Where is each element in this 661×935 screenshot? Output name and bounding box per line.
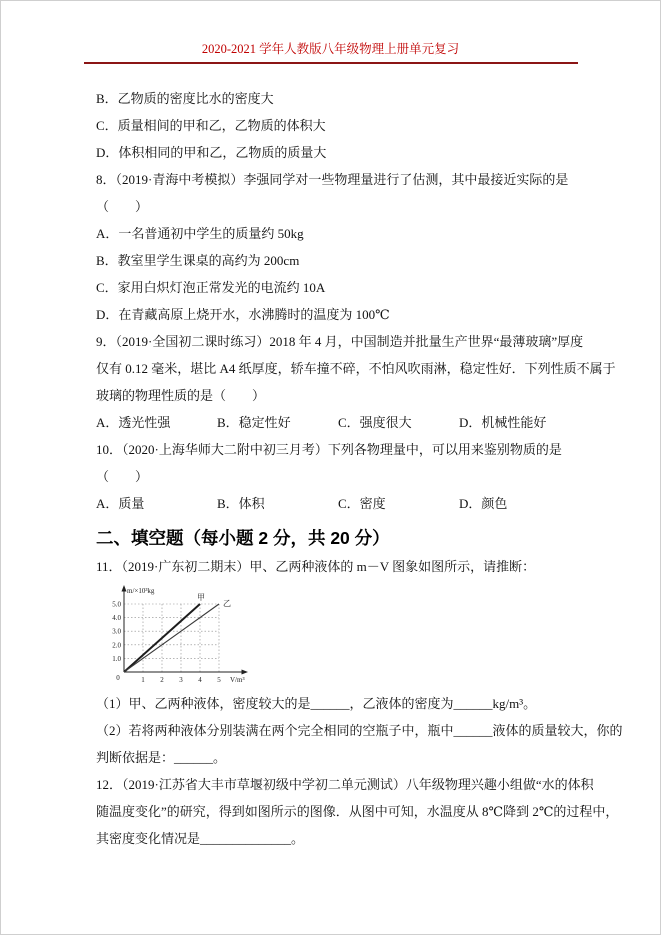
q9-stem-line1: 9．（2019·全国初二课时练习）2018 年 4 月，中国制造并批量生产世界“… xyxy=(96,328,580,355)
svg-text:乙: 乙 xyxy=(223,599,231,608)
q8-option-a: A．一名普通初中学生的质量约 50kg xyxy=(96,220,580,247)
document-body: B．乙物质的密度比水的密度大 C．质量相间的甲和乙，乙物质的体积大 D．体积相同… xyxy=(1,64,660,852)
svg-text:3: 3 xyxy=(179,676,183,684)
q9-option-c: C．强度很大 xyxy=(338,409,459,436)
svg-text:甲: 甲 xyxy=(197,593,205,602)
svg-text:4.0: 4.0 xyxy=(112,614,121,622)
q12-line3: 其密度变化情况是______________。 xyxy=(96,825,580,852)
svg-text:4: 4 xyxy=(198,676,202,684)
document-page: 2020-2021 学年人教版八年级物理上册单元复习 B．乙物质的密度比水的密度… xyxy=(0,0,661,935)
q10-option-c: C．密度 xyxy=(338,490,459,517)
q10-answer-paren: （ ） xyxy=(96,463,580,490)
svg-text:0: 0 xyxy=(116,674,120,682)
svg-text:5.0: 5.0 xyxy=(112,601,121,609)
q12-line2: 随温度变化”的研究，得到如图所示的图像．从图中可知，水温度从 8℃降到 2℃的过… xyxy=(96,798,580,825)
q8-option-b: B．教室里学生课桌的高约为 200cm xyxy=(96,247,580,274)
mv-chart: 123451.02.03.04.05.00m/×10³kgV/m³甲乙 xyxy=(98,582,258,688)
q7-option-c: C．质量相间的甲和乙，乙物质的体积大 xyxy=(96,112,580,139)
section-heading-fill-in: 二、填空题（每小题 2 分，共 20 分） xyxy=(96,523,580,553)
svg-text:3.0: 3.0 xyxy=(112,628,121,636)
mv-graph-figure: 123451.02.03.04.05.00m/×10³kgV/m³甲乙 xyxy=(98,582,580,688)
svg-text:2: 2 xyxy=(160,676,164,684)
q11-sub2-line2: 判断依据是：______。 xyxy=(96,744,580,771)
q10-stem: 10．（2020·上海华师大二附中初三月考）下列各物理量中，可以用来鉴别物质的是 xyxy=(96,436,580,463)
svg-text:V/m³: V/m³ xyxy=(230,676,245,684)
q10-options-row: A．质量 B．体积 C．密度 D．颜色 xyxy=(96,490,580,517)
q8-option-d: D．在青藏高原上烧开水，水沸腾时的温度为 100℃ xyxy=(96,301,580,328)
q8-answer-paren: （ ） xyxy=(96,193,580,220)
header-title: 2020-2021 学年人教版八年级物理上册单元复习 xyxy=(1,41,660,58)
q10-option-b: B．体积 xyxy=(217,490,338,517)
q8-option-c: C．家用白炽灯泡正常发光的电流约 10A xyxy=(96,274,580,301)
q10-option-a: A．质量 xyxy=(96,490,217,517)
svg-text:1: 1 xyxy=(141,676,145,684)
document-header: 2020-2021 学年人教版八年级物理上册单元复习 xyxy=(1,1,660,64)
q9-stem-line3: 玻璃的物理性质的是（ ） xyxy=(96,382,580,409)
q9-option-b: B．稳定性好 xyxy=(217,409,338,436)
svg-text:1.0: 1.0 xyxy=(112,655,121,663)
q8-stem: 8．（2019·青海中考模拟）李强同学对一些物理量进行了估测，其中最接近实际的是 xyxy=(96,166,580,193)
q9-option-a: A．透光性强 xyxy=(96,409,217,436)
svg-text:m/×10³kg: m/×10³kg xyxy=(127,587,155,595)
q11-stem: 11．（2019·广东初二期末）甲、乙两种液体的 m－V 图象如图所示，请推断： xyxy=(96,553,580,580)
svg-text:2.0: 2.0 xyxy=(112,641,121,649)
q9-option-d: D．机械性能好 xyxy=(459,409,580,436)
q9-options-row: A．透光性强 B．稳定性好 C．强度很大 D．机械性能好 xyxy=(96,409,580,436)
q12-line1: 12．（2019·江苏省大丰市草堰初级中学初二单元测试）八年级物理兴趣小组做“水… xyxy=(96,771,580,798)
svg-text:5: 5 xyxy=(217,676,221,684)
q9-stem-line2: 仅有 0.12 毫米，堪比 A4 纸厚度，轿车撞不碎，不怕风吹雨淋，稳定性好．下… xyxy=(96,355,580,382)
q11-sub2-line1: （2）若将两种液体分别装满在两个完全相同的空瓶子中，瓶中______液体的质量较… xyxy=(96,717,580,744)
q7-option-d: D．体积相同的甲和乙，乙物质的质量大 xyxy=(96,139,580,166)
q11-sub1: （1）甲、乙两种液体，密度较大的是______，乙液体的密度为______kg/… xyxy=(96,690,580,717)
q10-option-d: D．颜色 xyxy=(459,490,580,517)
q7-option-b: B．乙物质的密度比水的密度大 xyxy=(96,85,580,112)
